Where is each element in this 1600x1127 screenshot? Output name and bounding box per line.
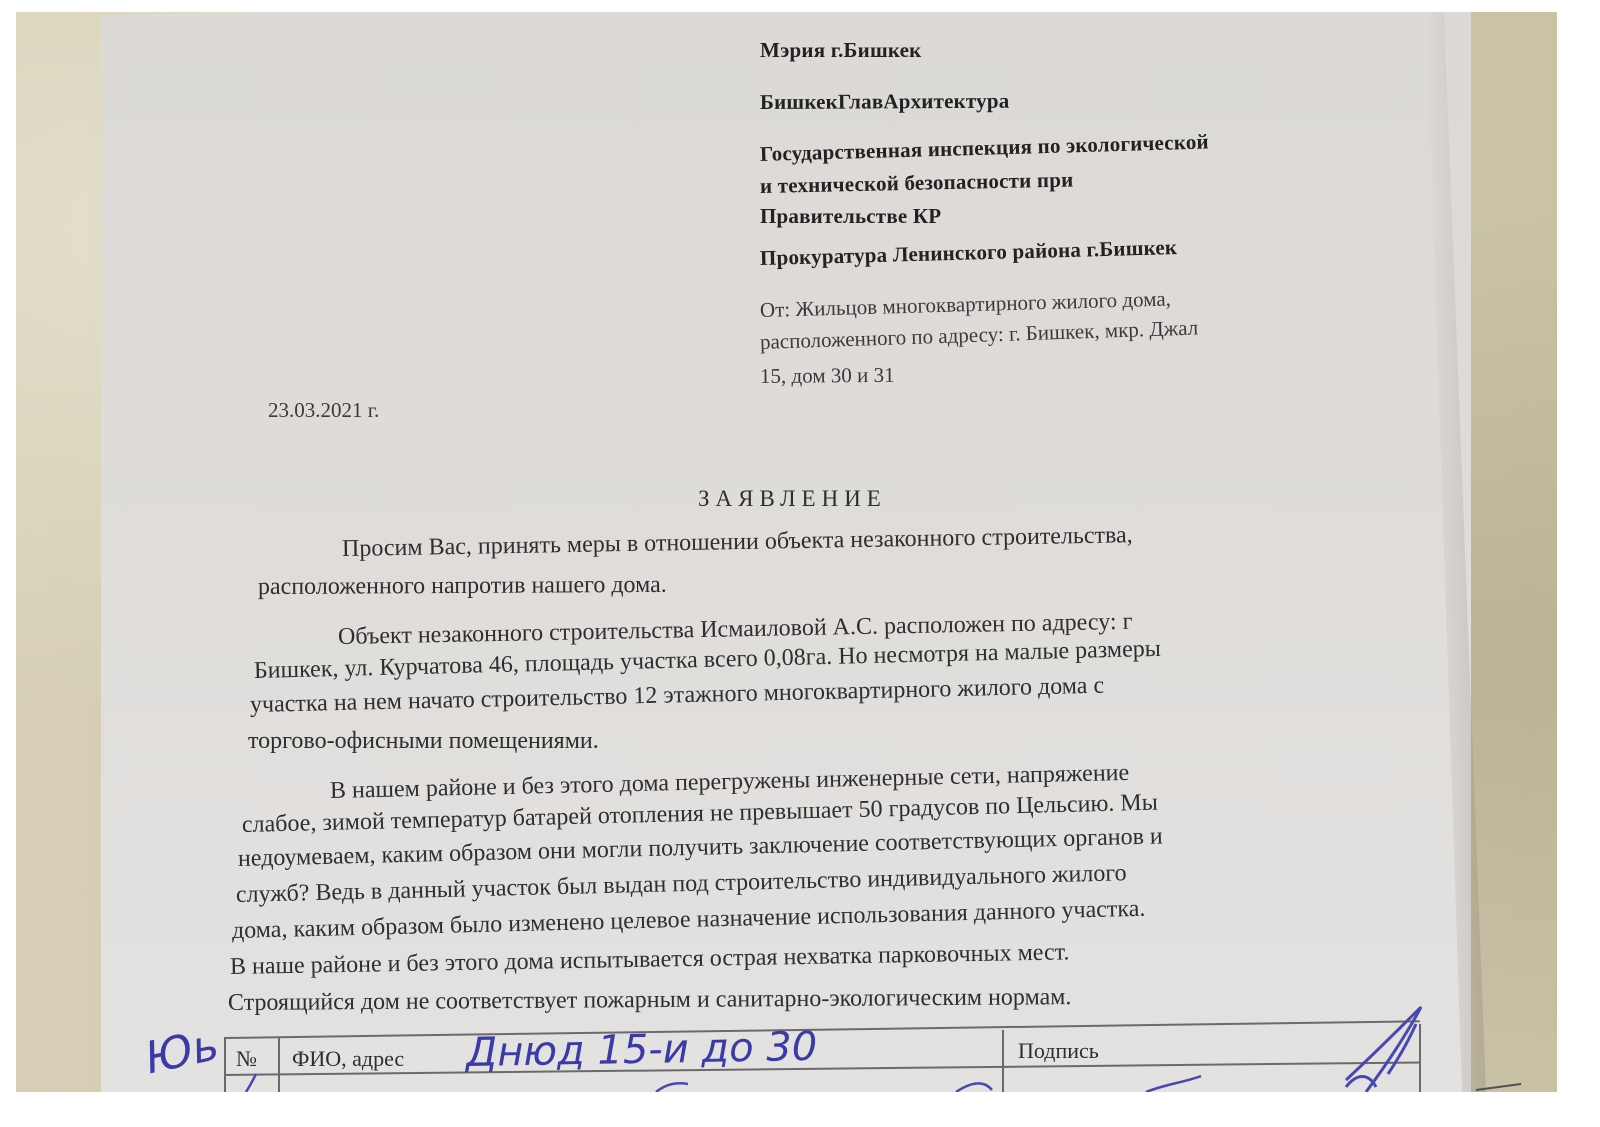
handwritten-signature-strokes [16,12,1557,1092]
document-photo: Мэрия г.Бишкек БишкекГлавАрхитектура Гос… [16,12,1557,1092]
